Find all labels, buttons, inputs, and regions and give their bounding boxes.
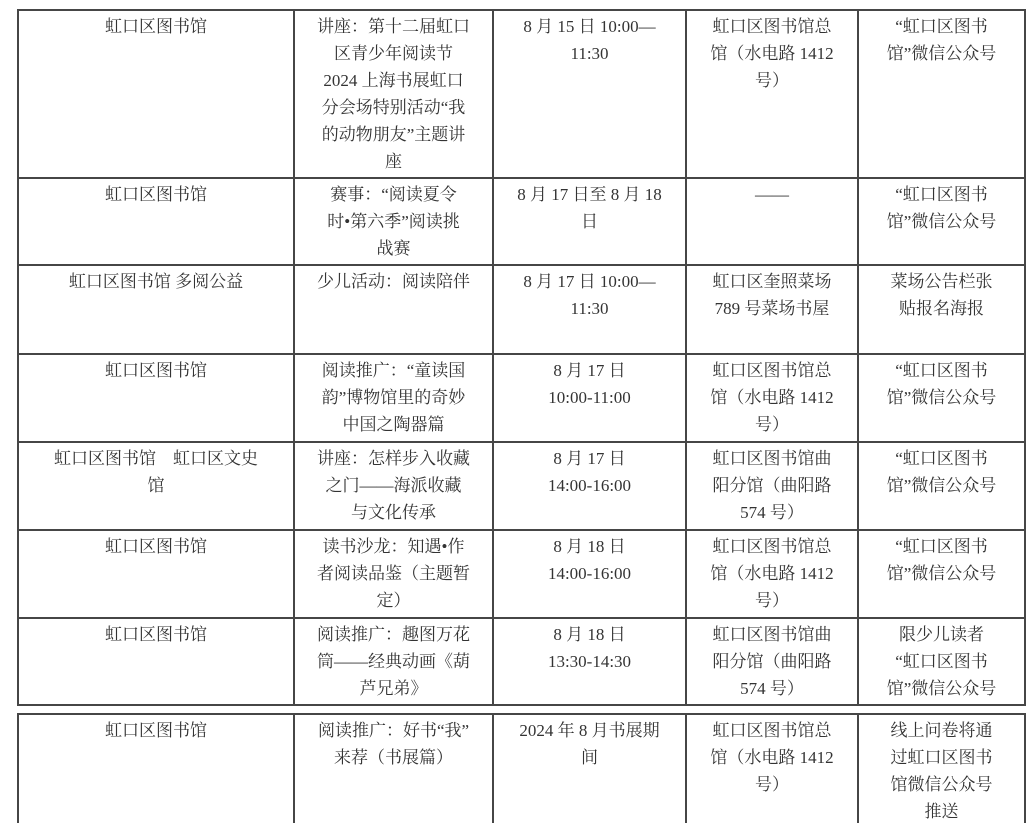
organizer-cell: 虹口区图书馆: [18, 618, 294, 705]
organizer-cell: 虹口区图书馆 多阅公益: [18, 265, 294, 354]
organizer-cell: 虹口区图书馆: [18, 530, 294, 618]
organizer-cell: 虹口区图书馆: [18, 354, 294, 442]
time-cell: 8 月 17 日 10:00-11:00: [493, 354, 686, 442]
table-row: 虹口区图书馆 赛事：“阅读夏令 时•第六季”阅读挑 战赛 8 月 17 日至 8…: [18, 178, 1025, 265]
table-row: 虹口区图书馆 讲座：第十二届虹口 区青少年阅读节 2024 上海书展虹口 分会场…: [18, 10, 1025, 178]
table-row: 虹口区图书馆 读书沙龙：知遇•作 者阅读品鉴（主题暂 定） 8 月 18 日 1…: [18, 530, 1025, 618]
location-cell: 虹口区图书馆曲 阳分馆（曲阳路 574 号）: [686, 442, 858, 530]
activity-schedule-table: 虹口区图书馆 讲座：第十二届虹口 区青少年阅读节 2024 上海书展虹口 分会场…: [17, 9, 1026, 706]
location-cell: 虹口区图书馆曲 阳分馆（曲阳路 574 号）: [686, 618, 858, 705]
organizer-cell: 虹口区图书馆: [18, 10, 294, 178]
registration-cell: 线上问卷将通 过虹口区图书 馆微信公众号 推送: [858, 714, 1025, 823]
registration-cell: 限少儿读者 “虹口区图书 馆”微信公众号: [858, 618, 1025, 705]
location-cell: 虹口区图书馆总 馆（水电路 1412 号）: [686, 530, 858, 618]
table-row: 虹口区图书馆 阅读推广：趣图万花 筒——经典动画《葫 芦兄弟》 8 月 18 日…: [18, 618, 1025, 705]
time-cell: 8 月 17 日 14:00-16:00: [493, 442, 686, 530]
activity-cell: 阅读推广：趣图万花 筒——经典动画《葫 芦兄弟》: [294, 618, 493, 705]
time-cell: 8 月 15 日 10:00— 11:30: [493, 10, 686, 178]
location-cell: 虹口区图书馆总 馆（水电路 1412 号）: [686, 10, 858, 178]
registration-cell: 菜场公告栏张 贴报名海报: [858, 265, 1025, 354]
registration-cell: “虹口区图书 馆”微信公众号: [858, 530, 1025, 618]
activity-cell: 阅读推广：好书“我” 来荐（书展篇）: [294, 714, 493, 823]
time-cell: 8 月 17 日 10:00— 11:30: [493, 265, 686, 354]
registration-cell: “虹口区图书 馆”微信公众号: [858, 442, 1025, 530]
activity-cell: 读书沙龙：知遇•作 者阅读品鉴（主题暂 定）: [294, 530, 493, 618]
organizer-cell: 虹口区图书馆 虹口区文史 馆: [18, 442, 294, 530]
time-cell: 8 月 18 日 14:00-16:00: [493, 530, 686, 618]
table-row: 虹口区图书馆 阅读推广：好书“我” 来荐（书展篇） 2024 年 8 月书展期 …: [18, 714, 1025, 823]
activity-cell: 少儿活动：阅读陪伴: [294, 265, 493, 354]
activity-cell: 赛事：“阅读夏令 时•第六季”阅读挑 战赛: [294, 178, 493, 265]
activity-cell: 讲座：第十二届虹口 区青少年阅读节 2024 上海书展虹口 分会场特别活动“我 …: [294, 10, 493, 178]
document-page: 虹口区图书馆 讲座：第十二届虹口 区青少年阅读节 2024 上海书展虹口 分会场…: [0, 0, 1032, 823]
table-row: 虹口区图书馆 虹口区文史 馆 讲座：怎样步入收藏 之门——海派收藏 与文化传承 …: [18, 442, 1025, 530]
organizer-cell: 虹口区图书馆: [18, 178, 294, 265]
activity-cell: 讲座：怎样步入收藏 之门——海派收藏 与文化传承: [294, 442, 493, 530]
table-row: 虹口区图书馆 多阅公益 少儿活动：阅读陪伴 8 月 17 日 10:00— 11…: [18, 265, 1025, 354]
organizer-cell: 虹口区图书馆: [18, 714, 294, 823]
time-cell: 8 月 18 日 13:30-14:30: [493, 618, 686, 705]
activity-cell: 阅读推广：“童读国 韵”博物馆里的奇妙 中国之陶器篇: [294, 354, 493, 442]
location-cell: 虹口区奎照菜场 789 号菜场书屋: [686, 265, 858, 354]
table-row: 虹口区图书馆 阅读推广：“童读国 韵”博物馆里的奇妙 中国之陶器篇 8 月 17…: [18, 354, 1025, 442]
time-cell: 2024 年 8 月书展期 间: [493, 714, 686, 823]
location-cell: 虹口区图书馆总 馆（水电路 1412 号）: [686, 714, 858, 823]
location-cell: 虹口区图书馆总 馆（水电路 1412 号）: [686, 354, 858, 442]
registration-cell: “虹口区图书 馆”微信公众号: [858, 354, 1025, 442]
location-cell: ——: [686, 178, 858, 265]
registration-cell: “虹口区图书 馆”微信公众号: [858, 178, 1025, 265]
activity-schedule-table-continued: 虹口区图书馆 阅读推广：好书“我” 来荐（书展篇） 2024 年 8 月书展期 …: [17, 713, 1026, 823]
time-cell: 8 月 17 日至 8 月 18 日: [493, 178, 686, 265]
registration-cell: “虹口区图书 馆”微信公众号: [858, 10, 1025, 178]
